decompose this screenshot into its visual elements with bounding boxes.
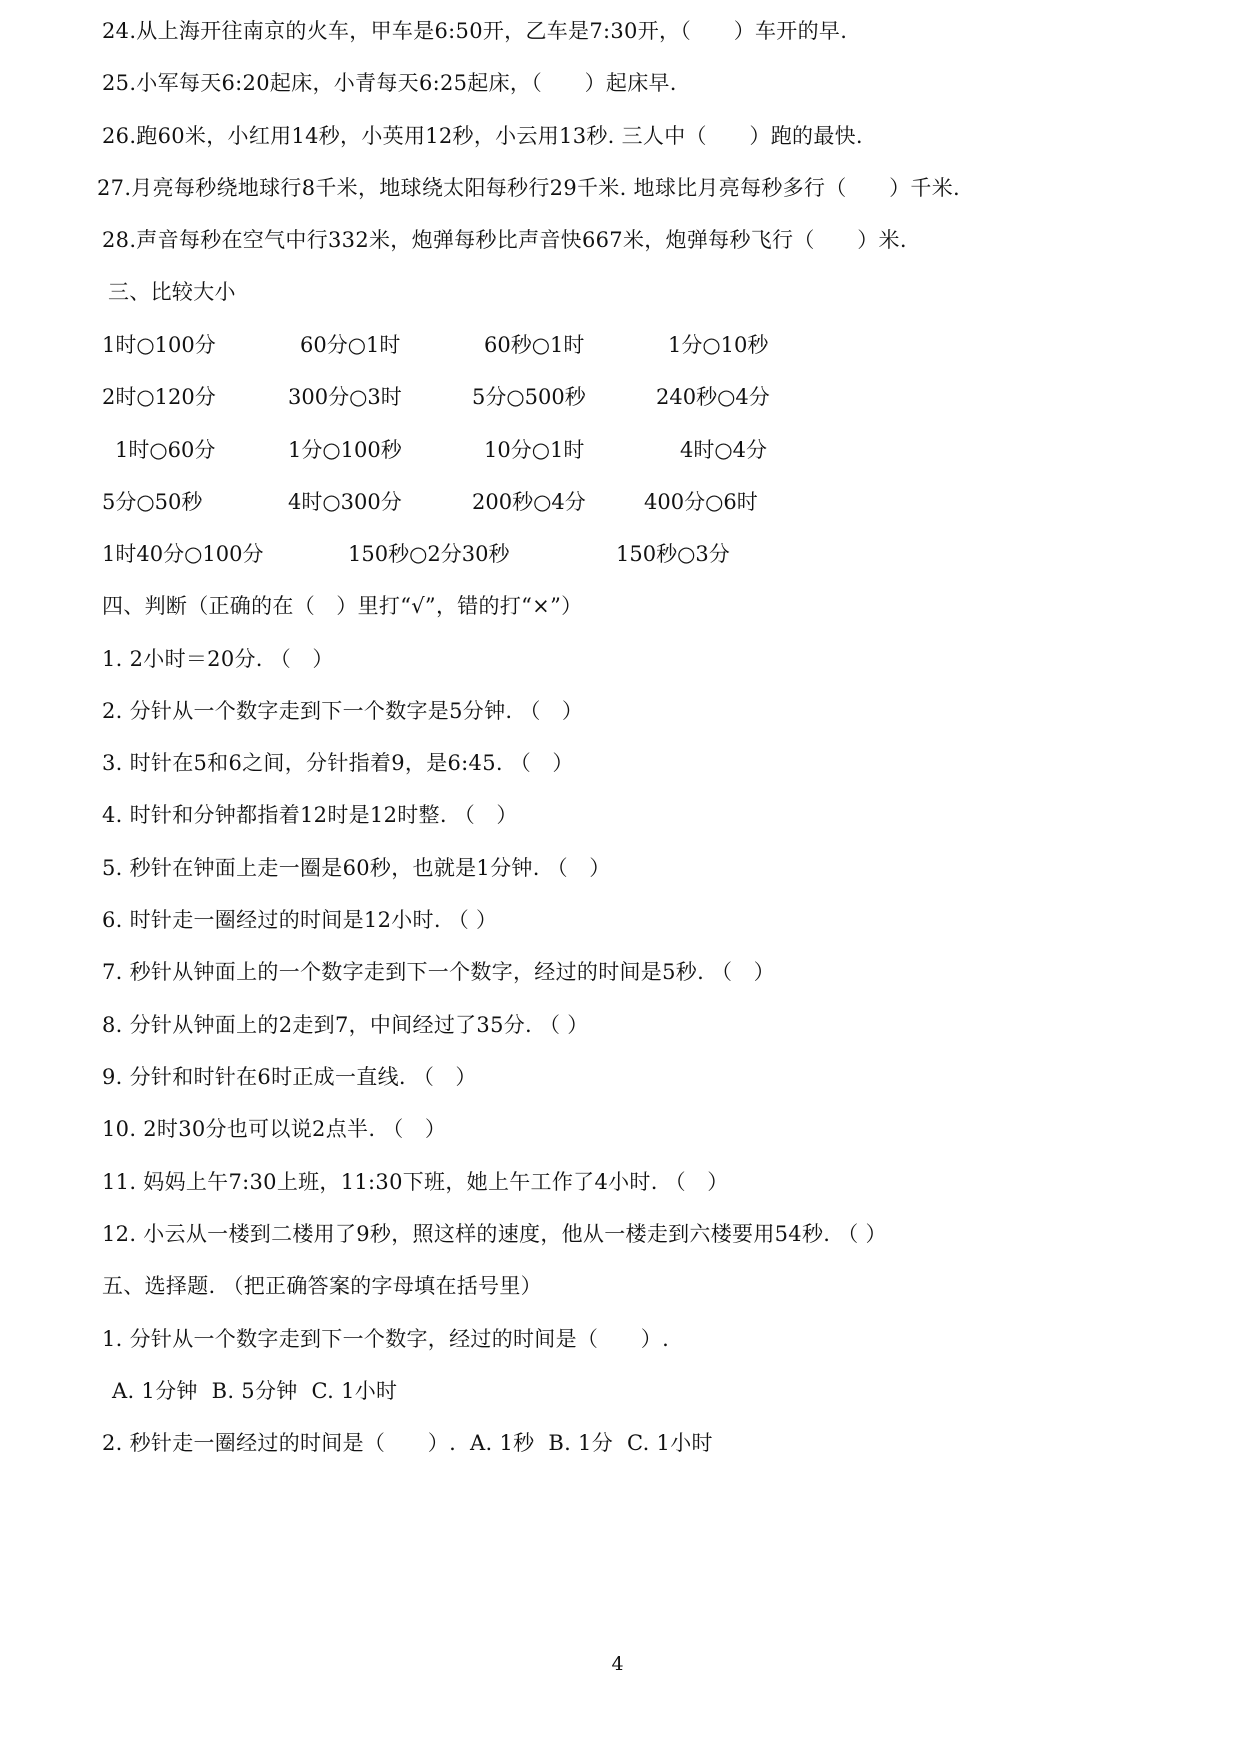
compare-item: 60秒○1时	[484, 331, 584, 359]
compare-item: 5分○50秒	[102, 488, 202, 516]
worksheet-page: 24.从上海开往南京的火车，甲车是6:50开，乙车是7:30开，（ ）车开的早.…	[0, 0, 1235, 1749]
section-5-title: 五、选择题. （把正确答案的字母填在括号里）	[102, 1272, 542, 1300]
page-number: 4	[0, 1652, 1235, 1676]
judge-item-4: 4. 时针和分钟都指着12时是12时整. （ ）	[102, 801, 518, 829]
compare-item: 4时○300分	[288, 488, 402, 516]
section-3-title: 三、比较大小	[108, 278, 236, 306]
compare-item: 1时○60分	[115, 436, 215, 464]
compare-item: 1时40分○100分	[102, 540, 264, 568]
judge-item-5: 5. 秒针在钟面上走一圈是60秒，也就是1分钟. （ ）	[102, 854, 611, 882]
choice-question-1: 1. 分针从一个数字走到下一个数字，经过的时间是（ ）.	[102, 1325, 669, 1353]
judge-item-12: 12. 小云从一楼到二楼用了9秒，照这样的速度，他从一楼走到六楼要用54秒. （…	[102, 1220, 887, 1248]
judge-item-2: 2. 分针从一个数字走到下一个数字是5分钟. （ ）	[102, 697, 583, 725]
judge-item-1: 1. 2小时＝20分. （ ）	[102, 645, 334, 673]
compare-item: 240秒○4分	[656, 383, 770, 411]
choice-question-2: 2. 秒针走一圈经过的时间是（ ）. A. 1秒 B. 1分 C. 1小时	[102, 1429, 713, 1457]
compare-item: 1分○100秒	[288, 436, 402, 464]
section-4-title: 四、判断（正确的在（ ）里打“√”，错的打“×”）	[102, 592, 582, 620]
compare-item: 4时○4分	[680, 436, 767, 464]
compare-row-2: 2时○120分 300分○3时 5分○500秒 240秒○4分	[0, 383, 1235, 411]
compare-item: 5分○500秒	[472, 383, 586, 411]
compare-item: 150秒○2分30秒	[348, 540, 510, 568]
choice-question-1-options: A. 1分钟 B. 5分钟 C. 1小时	[112, 1377, 397, 1405]
judge-item-9: 9. 分针和时针在6时正成一直线. （ ）	[102, 1063, 477, 1091]
judge-item-6: 6. 时针走一圈经过的时间是12小时. （ ）	[102, 906, 497, 934]
question-25: 25.小军每天6:20起床，小青每天6:25起床，（ ）起床早.	[102, 69, 677, 97]
question-28: 28.声音每秒在空气中行332米，炮弹每秒比声音快667米，炮弹每秒飞行（ ）米…	[102, 226, 907, 254]
compare-item: 200秒○4分	[472, 488, 586, 516]
question-26: 26.跑60米，小红用14秒，小英用12秒，小云用13秒. 三人中（ ）跑的最快…	[102, 122, 863, 150]
compare-item: 1时○100分	[102, 331, 216, 359]
compare-item: 2时○120分	[102, 383, 216, 411]
judge-item-3: 3. 时针在5和6之间，分针指着9，是6:45. （ ）	[102, 749, 574, 777]
judge-item-11: 11. 妈妈上午7:30上班，11:30下班，她上午工作了4小时. （ ）	[102, 1168, 729, 1196]
compare-item: 60分○1时	[300, 331, 400, 359]
judge-item-10: 10. 2时30分也可以说2点半. （ ）	[102, 1115, 446, 1143]
judge-item-7: 7. 秒针从钟面上的一个数字走到下一个数字，经过的时间是5秒. （ ）	[102, 958, 775, 986]
question-27: 27.月亮每秒绕地球行8千米，地球绕太阳每秒行29千米. 地球比月亮每秒多行（ …	[97, 174, 960, 202]
compare-row-5: 1时40分○100分 150秒○2分30秒 150秒○3分	[0, 540, 1235, 568]
question-24: 24.从上海开往南京的火车，甲车是6:50开，乙车是7:30开，（ ）车开的早.	[102, 17, 847, 45]
compare-item: 300分○3时	[288, 383, 402, 411]
compare-row-1: 1时○100分 60分○1时 60秒○1时 1分○10秒	[0, 331, 1235, 359]
judge-item-8: 8. 分针从钟面上的2走到7，中间经过了35分. （ ）	[102, 1011, 589, 1039]
compare-item: 150秒○3分	[616, 540, 730, 568]
compare-row-4: 5分○50秒 4时○300分 200秒○4分 400分○6时	[0, 488, 1235, 516]
compare-item: 10分○1时	[484, 436, 584, 464]
compare-item: 400分○6时	[644, 488, 758, 516]
compare-row-3: 1时○60分 1分○100秒 10分○1时 4时○4分	[0, 436, 1235, 464]
compare-item: 1分○10秒	[668, 331, 768, 359]
